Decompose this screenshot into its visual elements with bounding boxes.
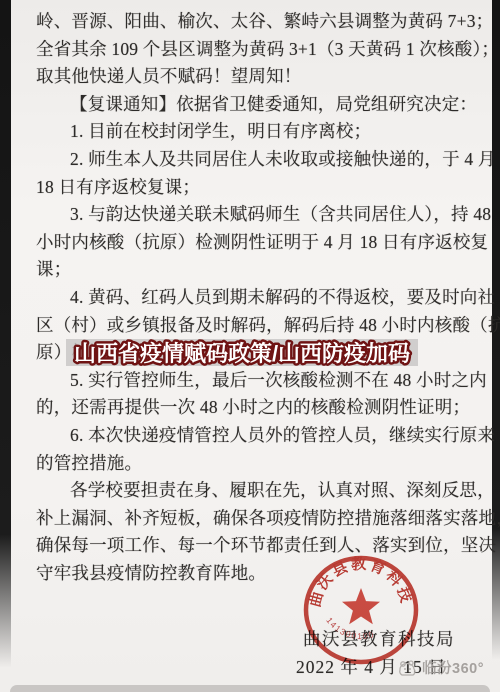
watermark-label: 临汾360° xyxy=(422,657,484,678)
document-line: 课； xyxy=(36,256,472,284)
document-line: 取其他快递人员不赋码！望周知！ xyxy=(36,63,472,91)
headline-banner: 山西省疫情赋码政策/山西防疫加码 xyxy=(64,335,424,367)
document-body: 岭、晋源、阳曲、榆次、太谷、繁峙六县调整为黄码 7+3；全省其余 109 个县区… xyxy=(36,8,472,587)
panda-logo-icon xyxy=(397,658,419,678)
document-line: 补上漏洞、补齐短板，确保各项疫情防控措施落细落实落地， xyxy=(36,505,472,533)
document-line: 小时内核酸（抗原）检测阴性证明于 4 月 18 日有序返校复 xyxy=(36,229,472,257)
document-line: 6. 本次快递疫情管控人员外的管控人员，继续实行原来 xyxy=(36,422,472,450)
document-line: 1. 目前在校封闭学生，明日有序离校； xyxy=(36,118,472,146)
next-card-top-edge xyxy=(10,685,490,692)
document-line: 4. 黄码、红码人员到期未解码的不得返校，要及时向社 xyxy=(36,284,472,312)
photo-left-edge xyxy=(0,0,11,668)
document-line: 的管控措施。 xyxy=(36,450,472,478)
document-line: 岭、晋源、阳曲、榆次、太谷、繁峙六县调整为黄码 7+3； xyxy=(36,8,472,36)
seal-star-icon xyxy=(342,588,380,624)
linfen360-watermark: 临汾360° xyxy=(397,657,484,678)
document-line: 5. 实行管控师生，最后一次核酸检测不在 48 小时之内 xyxy=(36,367,472,395)
document-line: 18 日有序返校复课； xyxy=(36,174,472,202)
document-line: 各学校要担责在身、履职在先，认真对照、深刻反思， xyxy=(36,477,472,505)
document-line: 的，还需再提供一次 48 小时之内的核酸检测阴性证明； xyxy=(36,394,472,422)
document-line: 全省其余 109 个县区调整为黄码 3+1（3 天黄码 1 次核酸）； xyxy=(36,36,472,64)
document-line: 2. 师生本人及共同居住人未收取或接触快递的，于 4 月 xyxy=(36,146,472,174)
screenshot-root: 岭、晋源、阳曲、榆次、太谷、繁峙六县调整为黄码 7+3；全省其余 109 个县区… xyxy=(0,0,500,692)
document-line: 【复课通知】依据省卫健委通知，局党组研究决定： xyxy=(36,91,472,119)
banner-title: 山西省疫情赋码政策/山西防疫加码 xyxy=(74,341,410,366)
document-line: 3. 与韵达快递关联未赋码师生（含共同居住人），持 48 xyxy=(36,201,472,229)
